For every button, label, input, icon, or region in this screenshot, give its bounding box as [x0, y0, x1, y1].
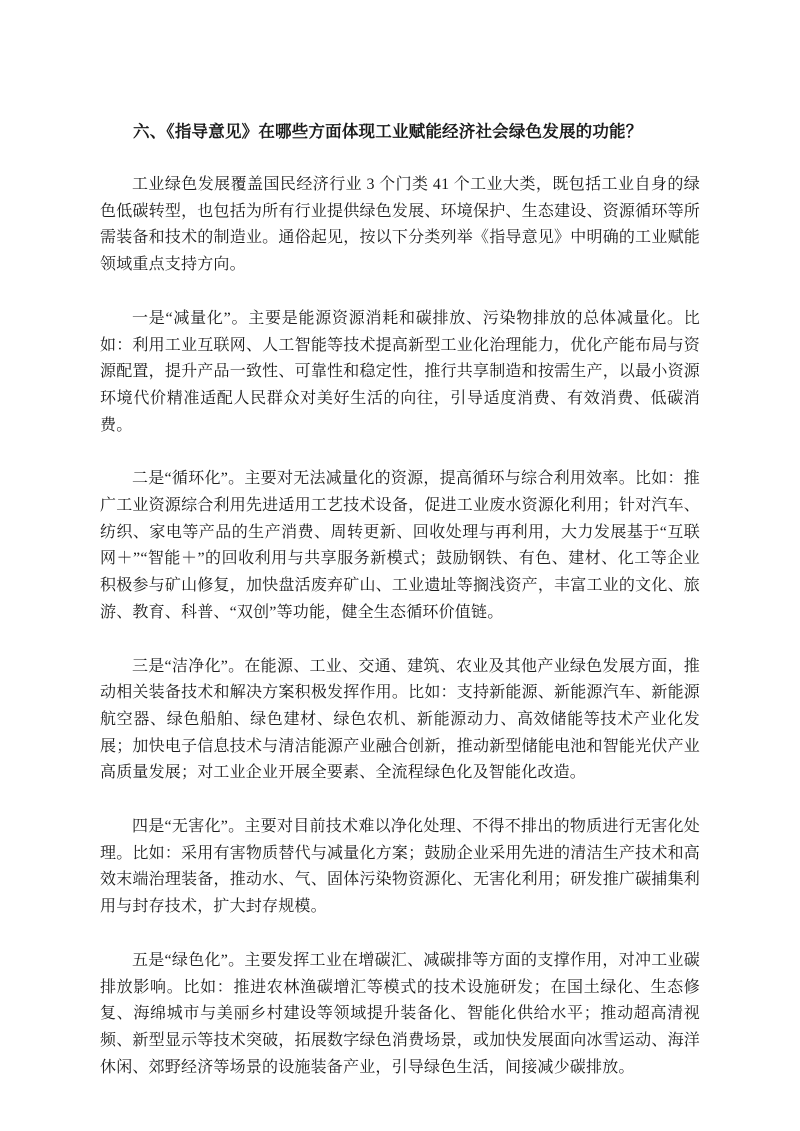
paragraph-greening: 五是“绿色化”。主要发挥工业在增碳汇、减碳排等方面的支撑作用，对冲工业碳排放影响…	[100, 948, 700, 1082]
document-heading: 六、《指导意见》在哪些方面体现工业赋能经济社会绿色发展的功能？	[100, 118, 700, 145]
paragraph-reduction: 一是“减量化”。主要是能源资源消耗和碳排放、污染物排放的总体减量化。比如：利用工…	[100, 306, 700, 440]
paragraph-recycling: 二是“循环化”。主要对无法减量化的资源，提高循环与综合利用效率。比如：推广工业资…	[100, 466, 700, 626]
paragraph-clean: 三是“洁净化”。在能源、工业、交通、建筑、农业及其他产业绿色发展方面，推动相关装…	[100, 654, 700, 788]
paragraph-harmless: 四是“无害化”。主要对目前技术难以净化处理、不得不排出的物质进行无害化处理。比如…	[100, 814, 700, 921]
document-page: 六、《指导意见》在哪些方面体现工业赋能经济社会绿色发展的功能？ 工业绿色发展覆盖…	[0, 0, 800, 1131]
paragraph-overview: 工业绿色发展覆盖国民经济行业 3 个门类 41 个工业大类，既包括工业自身的绿色…	[100, 172, 700, 279]
